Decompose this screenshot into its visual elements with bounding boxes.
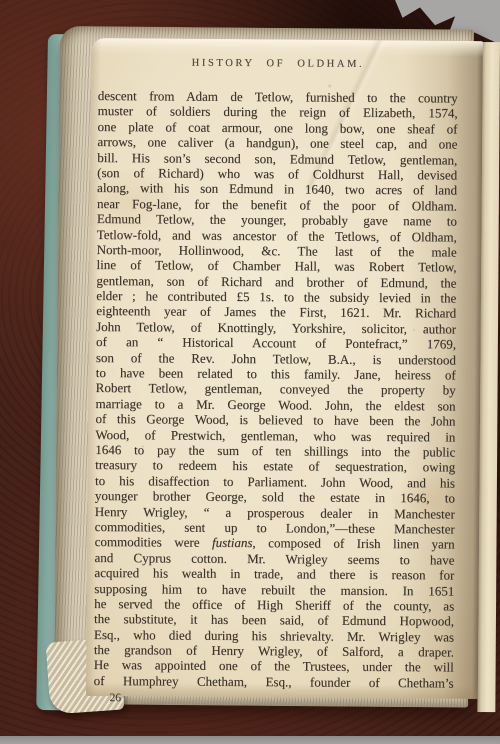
body-text: descent from Adam de Tetlow, furnished t… — [94, 88, 458, 691]
running-header: HISTORY OF OLDHAM. — [98, 56, 458, 73]
book-photo: HISTORY OF OLDHAM. descent from Adam de … — [0, 0, 500, 744]
page-number: 26 — [109, 692, 121, 704]
page-content: HISTORY OF OLDHAM. descent from Adam de … — [94, 56, 458, 691]
text-line: Edmund Tetlow, the younger, probably gav… — [97, 211, 457, 229]
text-line: acquired his wealth in trade, and there … — [94, 565, 454, 583]
table-surface — [0, 736, 500, 744]
text-line: of Humphrey Chetham, Esq., founder of Ch… — [94, 673, 454, 691]
